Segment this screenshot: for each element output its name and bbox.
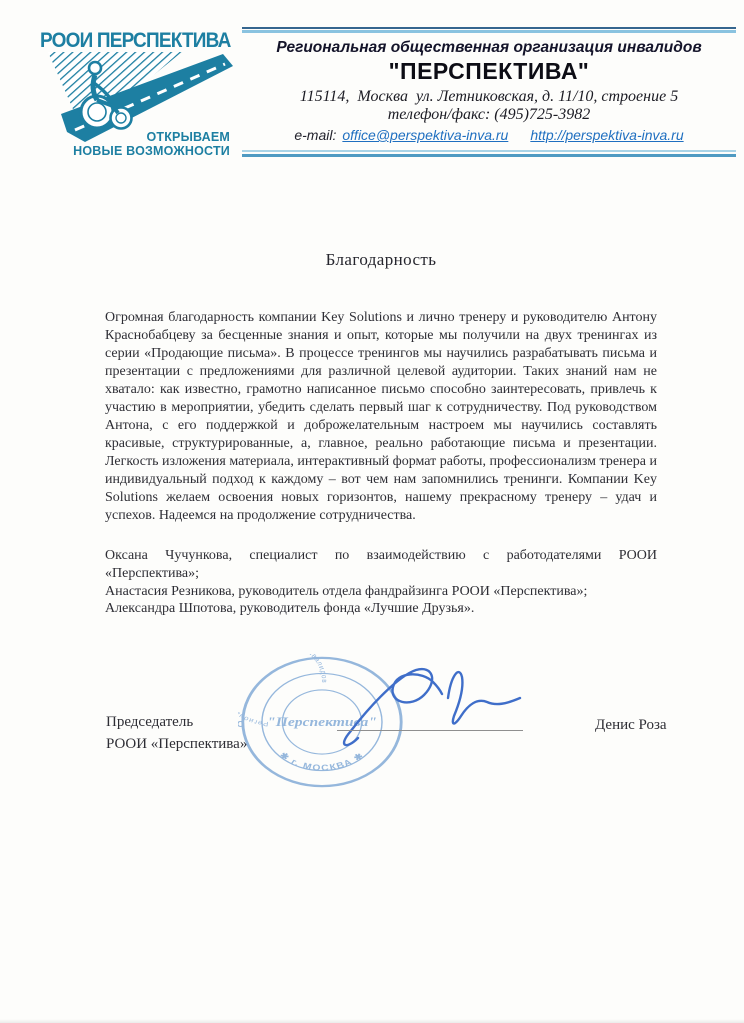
scanned-letter-page: РООИ ПЕРСПЕКТИВА ОТКРЫВАЕМ НОВЫЕ ВОЗМОЖН…: [0, 0, 744, 1023]
letter-body: Огромная благодарность компании Key Solu…: [105, 309, 657, 525]
signatory-line: Анастасия Резникова, руководитель отдела…: [105, 583, 657, 601]
scan-edge-shadow: [0, 1019, 744, 1023]
logo-tagline: ОТКРЫВАЕМ НОВЫЕ ВОЗМОЖНОСТИ: [30, 130, 230, 158]
website-link[interactable]: http://perspektiva-inva.ru: [530, 127, 683, 143]
contact-row: e-mail:office@perspektiva-inva.ruhttp://…: [242, 127, 736, 143]
signatory-line: Александра Шпотова, руководитель фонда «…: [105, 600, 657, 618]
signer-position-line1: Председатель: [106, 712, 247, 734]
bottom-divider-dark: [242, 154, 736, 157]
email-link[interactable]: office@perspektiva-inva.ru: [342, 127, 508, 143]
letterhead: Региональная общественная организация ин…: [242, 27, 736, 157]
bottom-divider-light: [242, 150, 736, 152]
org-name: "ПЕРСПЕКТИВА": [242, 58, 736, 85]
logo-tagline-line1: ОТКРЫВАЕМ: [30, 130, 230, 144]
org-address: 115114, Москва ул. Летниковская, д. 11/1…: [242, 88, 736, 106]
signer-name: Денис Роза: [595, 717, 667, 734]
org-type-line: Региональная общественная организация ин…: [242, 39, 736, 57]
signatories-block: Оксана Чучункова, специалист по взаимоде…: [105, 547, 657, 618]
top-divider-dark: [242, 27, 736, 29]
signer-position-line2: РООИ «Перспектива»: [106, 734, 247, 756]
email-label: e-mail:: [294, 127, 336, 143]
signature-line: [337, 730, 523, 731]
logo-tagline-line2: НОВЫЕ ВОЗМОЖНОСТИ: [30, 144, 230, 158]
signer-position: Председатель РООИ «Перспектива»: [106, 712, 247, 755]
signatory-line: Оксана Чучункова, специалист по взаимоде…: [105, 547, 657, 583]
org-phone: телефон/факс: (495)725-3982: [242, 106, 736, 124]
logo-org-abbreviation: РООИ ПЕРСПЕКТИВА: [40, 29, 240, 54]
top-divider-light: [242, 30, 736, 33]
letter-title: Благодарность: [105, 250, 657, 270]
handwritten-signature: [330, 656, 540, 751]
